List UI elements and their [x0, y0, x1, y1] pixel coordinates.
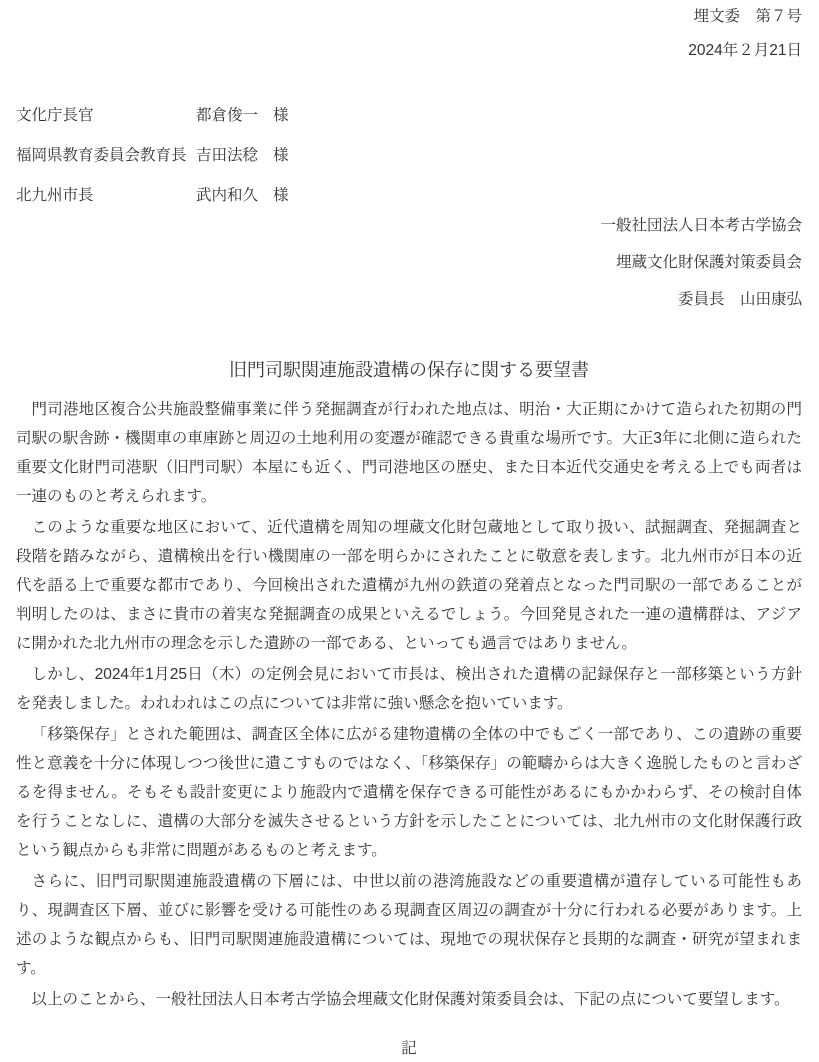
paragraph-3: しかし、2024年1月25日（木）の定例会見において市長は、検出された遺構の記録…: [16, 660, 802, 718]
paragraph-5: さらに、旧門司駅関連施設遺構の下層には、中世以前の港湾施設などの重要遺構が遺存し…: [16, 867, 802, 983]
recipient-honorific: 様: [273, 107, 289, 125]
paragraph-2: このような重要な地区において、近代遺構を周知の埋蔵文化財包蔵地として取り扱い、試…: [16, 513, 802, 658]
sender-block: 一般社団法人日本考古学協会 埋蔵文化財保護対策委員会 委員長 山田康弘: [16, 217, 802, 309]
document-date: 2024年２月21日: [16, 42, 802, 60]
recipient-row: 北九州市長 武内和久 様: [16, 187, 802, 205]
recipient-name: 都倉俊一: [196, 107, 258, 125]
recipient-title: 福岡県教育委員会教育長: [16, 147, 196, 165]
paragraph-4: 「移築保存」とされた範囲は、調査区全体に広がる建物遺構の全体の中でもごく一部であ…: [16, 720, 802, 865]
paragraph-1: 門司港地区複合公共施設整備事業に伴う発掘調査が行われた地点は、明治・大正期にかけ…: [16, 395, 802, 511]
recipient-honorific: 様: [273, 187, 289, 205]
document-body: 門司港地区複合公共施設整備事業に伴う発掘調査が行われた地点は、明治・大正期にかけ…: [16, 395, 802, 1014]
document-header: 埋文委 第７号 2024年２月21日: [16, 8, 802, 60]
recipient-row: 福岡県教育委員会教育長 吉田法稔 様: [16, 147, 802, 165]
paragraph-6: 以上のことから、一般社団法人日本考古学協会埋蔵文化財保護対策委員会は、下記の点に…: [16, 985, 802, 1014]
recipient-row: 文化庁長官 都倉俊一 様: [16, 107, 802, 125]
document-number: 埋文委 第７号: [16, 8, 802, 26]
sender-organization: 一般社団法人日本考古学協会: [16, 217, 802, 235]
recipient-name: 武内和久: [196, 187, 258, 205]
recipient-title: 文化庁長官: [16, 107, 196, 125]
recipient-list: 文化庁長官 都倉俊一 様 福岡県教育委員会教育長 吉田法稔 様 北九州市長 武内…: [16, 107, 802, 205]
document-title: 旧門司駅関連施設遺構の保存に関する要望書: [16, 358, 802, 382]
sender-chair: 委員長 山田康弘: [16, 291, 802, 309]
recipient-name: 吉田法稔: [196, 147, 258, 165]
record-marker: 記: [16, 1040, 802, 1058]
document-page: 埋文委 第７号 2024年２月21日 文化庁長官 都倉俊一 様 福岡県教育委員会…: [0, 0, 819, 1062]
recipient-honorific: 様: [273, 147, 289, 165]
recipient-title: 北九州市長: [16, 187, 196, 205]
sender-committee: 埋蔵文化財保護対策委員会: [16, 254, 802, 272]
